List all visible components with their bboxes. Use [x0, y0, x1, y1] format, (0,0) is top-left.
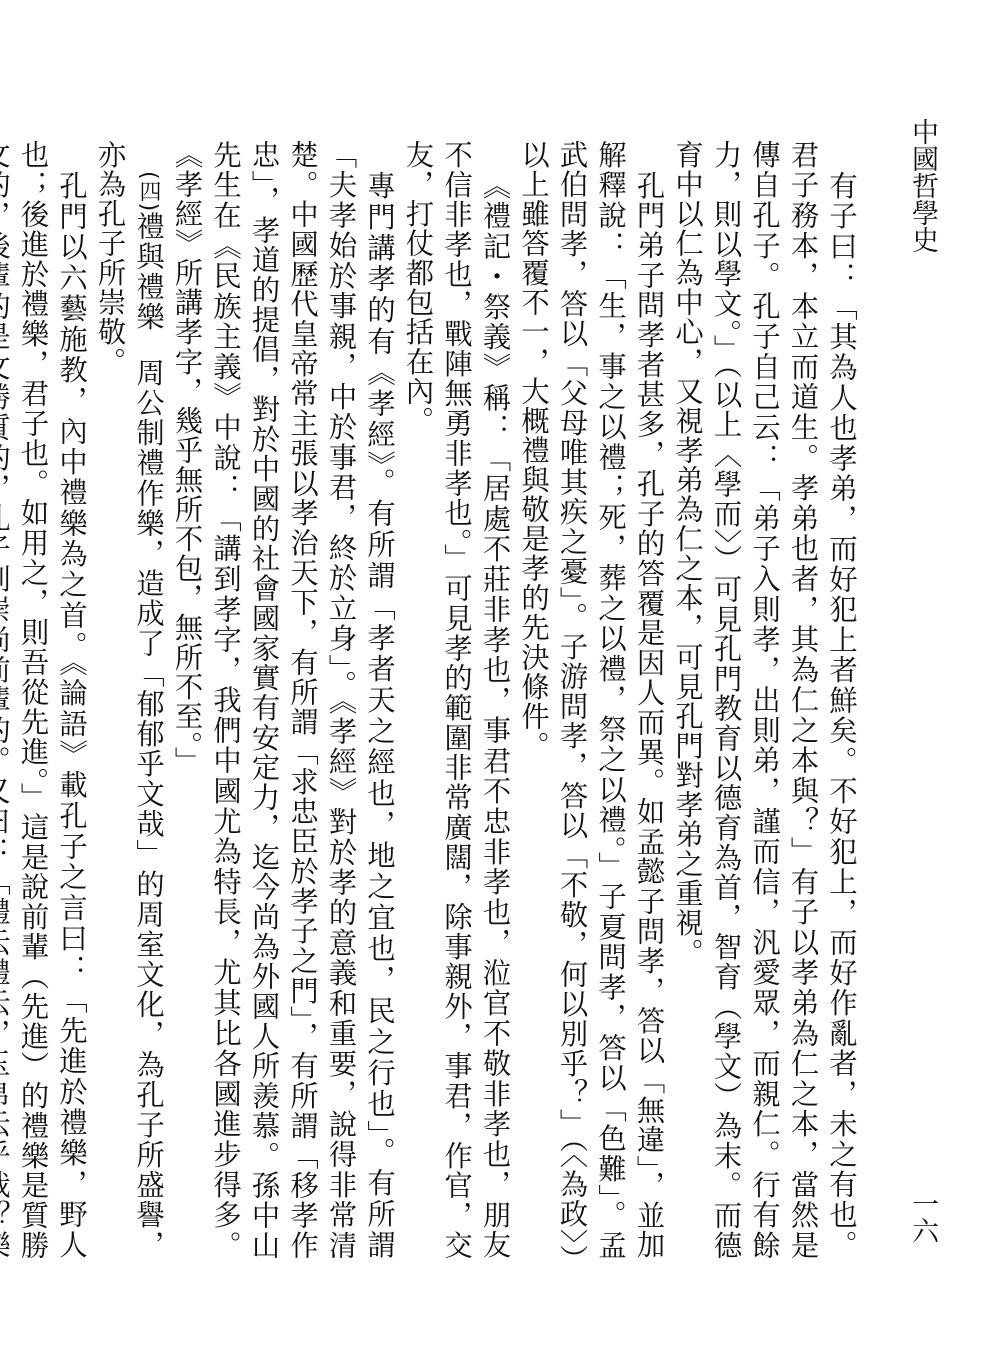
paragraph-xiaojing: 專門講孝的有《孝經》。有所謂「孝者天之經也，地之宜也，民之行也」。有所謂「夫孝始…: [167, 140, 398, 1260]
paragraph-liji-jiyi: 《禮記・祭義》稱：「居處不莊非孝也，事君不忠非孝也，涖官不敬非孝也，朋友不信非孝…: [398, 140, 514, 1260]
body-text: 有子曰：「其為人也孝弟，而好犯上者鮮矣。不好犯上，而好作亂者，未之有也。君子務本…: [120, 140, 860, 1260]
paragraph-disciples-ask-filial-piety: 孔門弟子問孝者甚多，孔子的答覆是因人而異。如孟懿子問孝，答以「無違」，並加解釋說…: [514, 140, 668, 1260]
book-page: 中國哲學史 一六 有子曰：「其為人也孝弟，而好犯上者鮮矣。不好犯上，而好作亂者，…: [0, 0, 1000, 1349]
running-head-book-title: 中國哲學史: [905, 118, 939, 278]
paragraph-six-arts: 孔門以六藝施教，內中禮樂為之首。《論語》載孔子之言曰：「先進於禮樂，野人也；後進…: [0, 140, 90, 1260]
paragraph-youzi-filial-piety: 有子曰：「其為人也孝弟，而好犯上者鮮矣。不好犯上，而好作亂者，未之有也。君子務本…: [668, 140, 861, 1260]
page-number: 一六: [905, 1190, 939, 1270]
paragraph-section-rites-music: (四)禮與禮樂周公制禮作樂，造成了「郁郁乎文哉」的周室文化，為孔子所盛譽，亦為孔…: [90, 140, 167, 1260]
section-number-marker: (四): [136, 171, 161, 211]
section-heading: 禮與禮樂: [132, 211, 165, 332]
